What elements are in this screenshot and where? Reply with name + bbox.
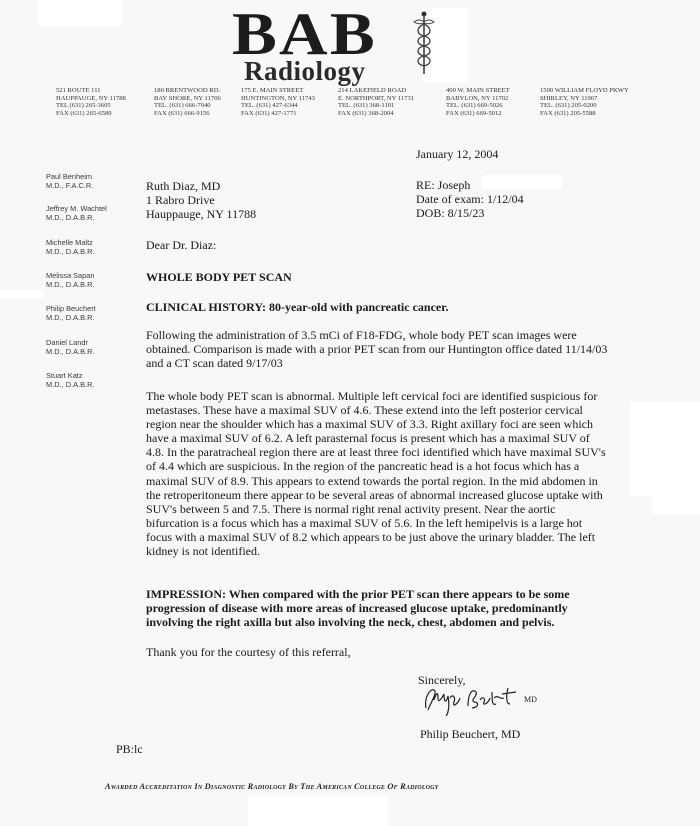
salutation: Dear Dr. Diaz: [146,238,216,252]
signature-icon: MD [420,680,550,716]
recipient-address: Ruth Diaz, MD 1 Rabro Drive Hauppauge, N… [146,179,666,221]
office-address-bay-shore: 180 BRENTWOOD RD. BAY SHORE, NY 11706 TE… [154,87,221,117]
physician-entry: Michelle MaltzM.D., D.A.B.R. [46,238,94,256]
office-address-east-northport: 214 LAKEFIELD ROAD E. NORTHPORT, NY 1173… [338,87,414,117]
physician-entry: Philip BeuchertM.D., D.A.B.R. [46,304,96,322]
physician-entry: Stuart KatzM.D., D.A.B.R. [46,371,94,389]
logo-wordmark: BAB [232,8,377,60]
physician-entry: Melissa SapanM.D., D.A.B.R. [46,271,94,289]
redaction-block [38,0,122,26]
letter-date: January 12, 2004 [416,147,498,161]
physician-entry: Daniel LandrM.D., D.A.B.R. [46,338,94,356]
closing-line: Thank you for the courtesy of this refer… [146,645,351,659]
findings-paragraph: The whole body PET scan is abnormal. Mul… [146,389,666,558]
typist-initials: PB:lc [116,742,143,756]
clinical-history: CLINICAL HISTORY: 80-year-old with pancr… [146,300,448,314]
signatory-name: Philip Beuchert, MD [420,727,520,741]
accreditation-footer: Awarded Accreditation In Diagnostic Radi… [105,782,439,791]
impression-paragraph: IMPRESSION: When compared with the prior… [146,587,666,629]
physician-entry: Paul BenheimM.D., F.A.C.R. [46,172,93,190]
office-address-hauppauge: 521 ROUTE 111 HAUPPAUGE, NY 11788 TEL (6… [56,87,126,117]
physician-entry: Jeffrey M. WachtelM.D., D.A.B.R. [46,204,107,222]
office-address-babylon: 400 W. MAIN STREET BABYLON, NY 11702 TEL… [446,87,510,117]
caduceus-icon [412,10,436,76]
report-title: WHOLE BODY PET SCAN [146,270,292,284]
procedure-paragraph: Following the administration of 3.5 mCi … [146,328,666,370]
redaction-block [0,290,44,298]
logo-subtitle: Radiology [244,58,366,84]
svg-text:MD: MD [524,695,537,704]
office-address-shirley: 1500 WILLIAM FLOYD PKWY SHIRLEY, NY 1196… [540,87,629,117]
office-address-huntington: 175 E. MAIN STREET HUNTINGTON, NY 11743 … [241,87,315,117]
redaction-block [248,796,388,826]
